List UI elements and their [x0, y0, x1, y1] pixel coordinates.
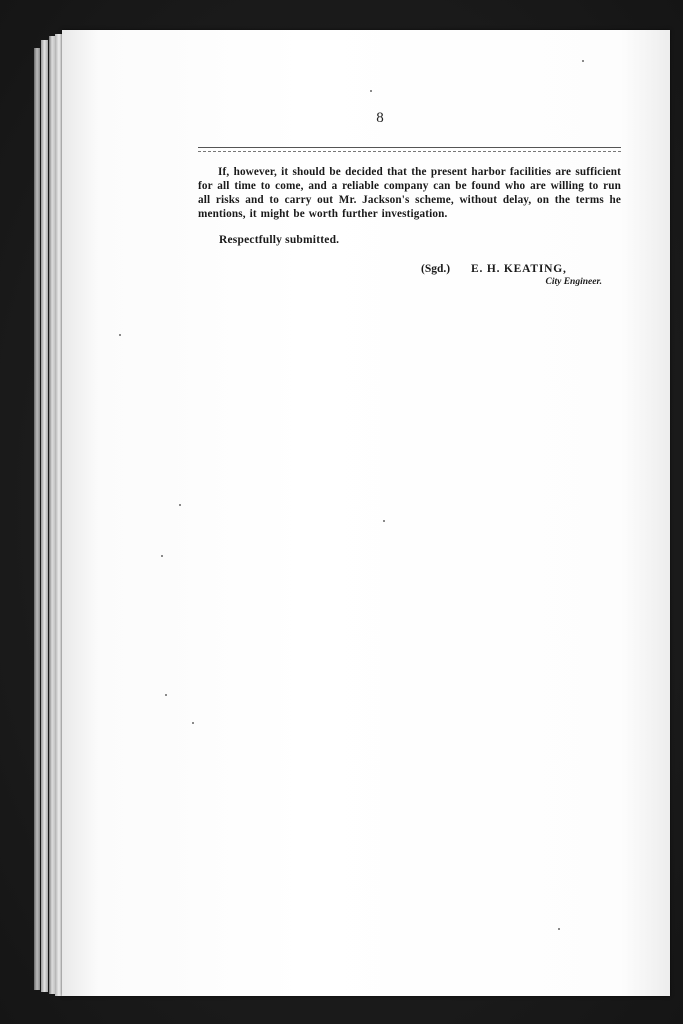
page-edge	[34, 48, 40, 990]
header-rule	[198, 151, 621, 152]
document-page: 8 If, however, it should be decided that…	[62, 30, 670, 996]
scan-speck	[161, 555, 163, 557]
signature-prefix: (Sgd.)	[421, 263, 450, 275]
scan-speck	[558, 928, 560, 930]
scan-speck	[179, 504, 181, 506]
scan-speck	[192, 722, 194, 724]
body-paragraph: If, however, it should be decided that t…	[198, 165, 621, 221]
page-number: 8	[62, 110, 670, 127]
page-edge	[41, 40, 48, 992]
scan-speck	[383, 520, 385, 522]
scan-speck	[119, 334, 121, 336]
scan-speck	[165, 694, 167, 696]
scan-speck	[582, 60, 584, 62]
signer-name: E. H. KEATING,	[471, 263, 567, 275]
signer-title: City Engineer.	[502, 277, 602, 287]
closing-line: Respectfully submitted.	[219, 234, 339, 246]
header-rule	[198, 147, 621, 148]
scan-speck	[370, 90, 372, 92]
